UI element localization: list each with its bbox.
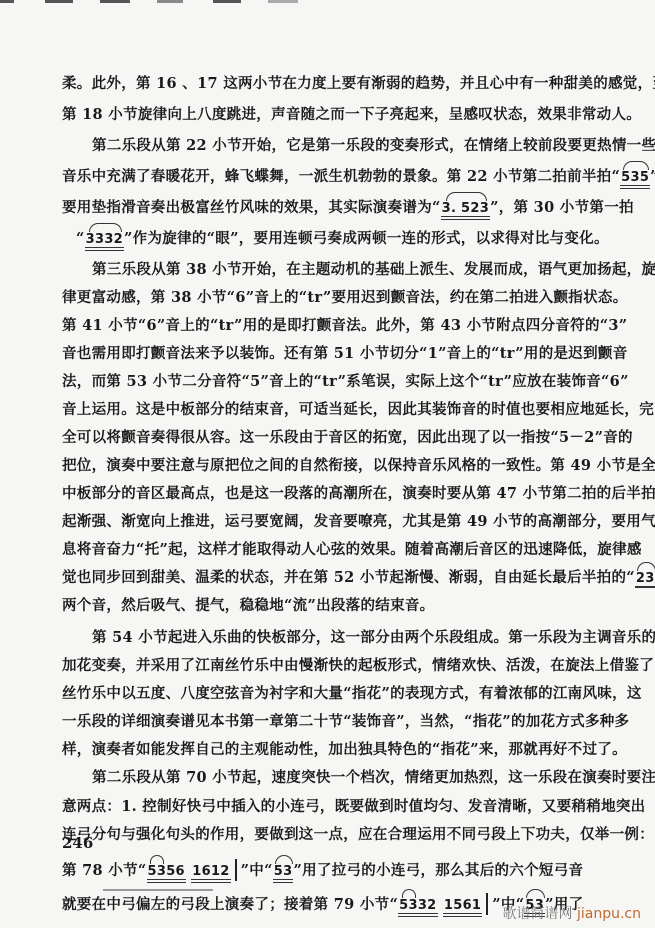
jianpu-notation: 5356 [147, 864, 186, 883]
notation-text: 23 [636, 571, 655, 586]
text-span: 音乐中充满了春暖花开，蜂飞蝶舞，一派生机勃勃的景象。第 22 小节第二拍前半拍“ [62, 168, 620, 185]
slur-icon [89, 223, 123, 232]
watermark-cn: 歌谱简谱网 [503, 906, 573, 922]
text-span: ”中“ [241, 862, 273, 879]
text-line: 第 41 小节“6”音上的“tr”用的是即打颤音法。此外，第 43 小节附点四分… [62, 316, 627, 336]
text-line: 意两点：1. 控制好快弓中插入的小连弓，既要做到时值均匀、发音清晰，又要稍稍地突… [62, 797, 645, 817]
jianpu-notation: 5332 [398, 898, 437, 917]
slur-icon [637, 562, 655, 571]
text-span: 要用垫指滑音奏出极富丝竹风味的效果，其实际演奏谱为“ [62, 199, 441, 216]
paragraph-start: 第二乐段从第 70 小节起，速度突快一个档次，情绪更加热烈，这一乐段在演奏时要注 [92, 768, 655, 788]
slur-icon [446, 192, 488, 201]
text-line: “3332”作为旋律的“眼”，要用连顿弓奏成两顿一连的形式，以求得对比与变化。 [76, 229, 609, 251]
text-line: 柔。此外，第 16 、17 这两小节在力度上要有渐弱的趋势，并且心中有一种甜美的… [62, 74, 655, 94]
watermark-en: jianpu.cn [577, 906, 641, 922]
barline [235, 859, 237, 881]
notation-text: 5332 [399, 898, 436, 913]
jianpu-notation: 23 [635, 571, 655, 588]
text-span: ”，第 30 小节第一拍 [490, 199, 634, 216]
text-line: 起渐强、渐宽向上推进，运弓要宽阔，发音要嘹亮，尤其是第 49 小节的高潮部分，要… [62, 512, 655, 532]
paragraph-start: 第 54 小节起进入乐曲的快板部分，这一部分由两个乐段组成。第一乐段为主调音乐的 [92, 628, 655, 648]
text-span: ”作为旋律的“眼”，要用连顿弓奏成两顿一连的形式，以求得对比与变化。 [124, 230, 609, 247]
notation-text: 1561 [444, 898, 481, 913]
paragraph-start: 第二乐段从第 22 小节开始，它是第一乐段的变奏形式，在情绪上较前段要更热情一些… [92, 136, 655, 156]
text-span: 第 78 小节“ [62, 862, 147, 879]
notation-text: 3. 523 [442, 201, 489, 216]
text-line: 律更富动感，第 38 小节“6”音上的“tr”要用迟到颤音法，约在第二拍进入颤指… [62, 288, 628, 308]
text-line: 加花变奏，并采用了江南丝竹乐中由慢渐快的起板形式，情绪欢快、活泼，在旋法上借鉴了 [62, 656, 654, 676]
text-line: 全可以将颤音奏得很从容。这一乐段由于音区的拓宽，因此出现了以一指按“5－2”音的 [62, 428, 633, 448]
text-line: 觉也同步回到甜美、温柔的状态，并在第 52 小节起渐慢、渐弱，自由延长最后半拍的… [62, 568, 655, 588]
slur-icon [402, 889, 416, 898]
notation-text: 5356 [148, 864, 185, 879]
text-line: 把位，演奏中要注意与原把位之间的自然衔接，以保持音乐风格的一致性。第 49 小节… [62, 456, 655, 476]
scan-top-marks [0, 0, 655, 6]
text-span: ” [650, 168, 655, 185]
text-line: 第 78 小节“5356 1612”中“53”用了拉弓的小连弓，那么其后的六个短… [62, 859, 583, 883]
text-span: 就要在中弓偏左的弓段上演奏了；接着第 79 小节“ [62, 896, 398, 913]
slur-icon [150, 855, 164, 864]
jianpu-notation: 3. 523 [441, 201, 490, 220]
text-line: 连弓分句与强化句头的作用，要做到这一点，应在合理运用不同弓段上下功夫，仅举一例： [62, 825, 654, 845]
text-line: 法，而第 53 小节二分音符“5”音上的“tr”系笔误，实际上这个“tr”应放在… [62, 372, 629, 392]
text-line: 音上运用。这是中板部分的结束音，可适当延长，因此其装饰音的时值也要相应地延长，完 [62, 400, 654, 420]
text-line: 中板部分的音区最高点，也是这一段落的高潮所在，演奏时要从第 47 小节第二拍的后… [62, 484, 655, 504]
text-line: 样，演奏者如能发挥自己的主观能动性，加出独具特色的“指花”来，那就再好不过了。 [62, 740, 627, 760]
text-line: 丝竹乐中以五度、八度空弦音为衬字和大量“指花”的表现方式，有着浓郁的江南风味，这 [62, 684, 642, 704]
text-line: 第 18 小节旋律向上八度跳进，声音随之而一下子亮起来，呈感叹状态，效果非常动人… [62, 105, 641, 125]
notation-text: 1612 [192, 864, 229, 879]
jianpu-notation: 1561 [443, 898, 482, 917]
notation-text: 535 [621, 170, 649, 185]
site-watermark: 歌谱简谱网 jianpu.cn [503, 903, 641, 923]
text-line: 音乐中充满了春暖花开，蜂飞蝶舞，一派生机勃勃的景象。第 22 小节第二拍前半拍“… [62, 167, 655, 189]
text-line: 音也需用即打颤音法来予以装饰。还有第 51 小节切分“1”音上的“tr”用的是迟… [62, 344, 628, 364]
text-span: ”用了拉弓的小连弓，那么其后的六个短弓音 [293, 862, 583, 879]
slur-icon [275, 855, 294, 864]
jianpu-notation: 1612 [191, 864, 230, 883]
text-line: 一乐段的详细演奏谱见本书第一章第二十节“装饰音”，当然，“指花”的加花方式多种多 [62, 712, 629, 732]
jianpu-notation: 535 [620, 170, 650, 189]
text-line: 两个音，然后吸气、提气，稳稳地“流”出段落的结束音。 [62, 596, 434, 616]
slur-icon [526, 889, 545, 898]
scan-artifact [103, 889, 213, 891]
page-number: 246 [62, 834, 93, 852]
slur-icon [623, 161, 649, 170]
text-span: 觉也同步回到甜美、温柔的状态，并在第 52 小节起渐慢、渐弱，自由延长最后半拍的… [62, 569, 635, 586]
text-span: “ [76, 230, 85, 247]
text-line: 息将音奋力“托”起，这样才能取得动人心弦的效果。随着高潮后音区的迅速降低，旋律感 [62, 540, 642, 560]
barline [486, 893, 488, 915]
paragraph-start: 第三乐段从第 38 小节开始，在主题动机的基础上派生、发展而成，语气更加扬起，旋 [92, 260, 655, 280]
text-line: 要用垫指滑音奏出极富丝竹风味的效果，其实际演奏谱为“3. 523”，第 30 小… [62, 198, 634, 220]
notation-text: 53 [274, 864, 293, 879]
notation-text: 3332 [86, 232, 123, 247]
jianpu-notation: 53 [273, 864, 294, 883]
jianpu-notation: 3332 [85, 232, 124, 251]
